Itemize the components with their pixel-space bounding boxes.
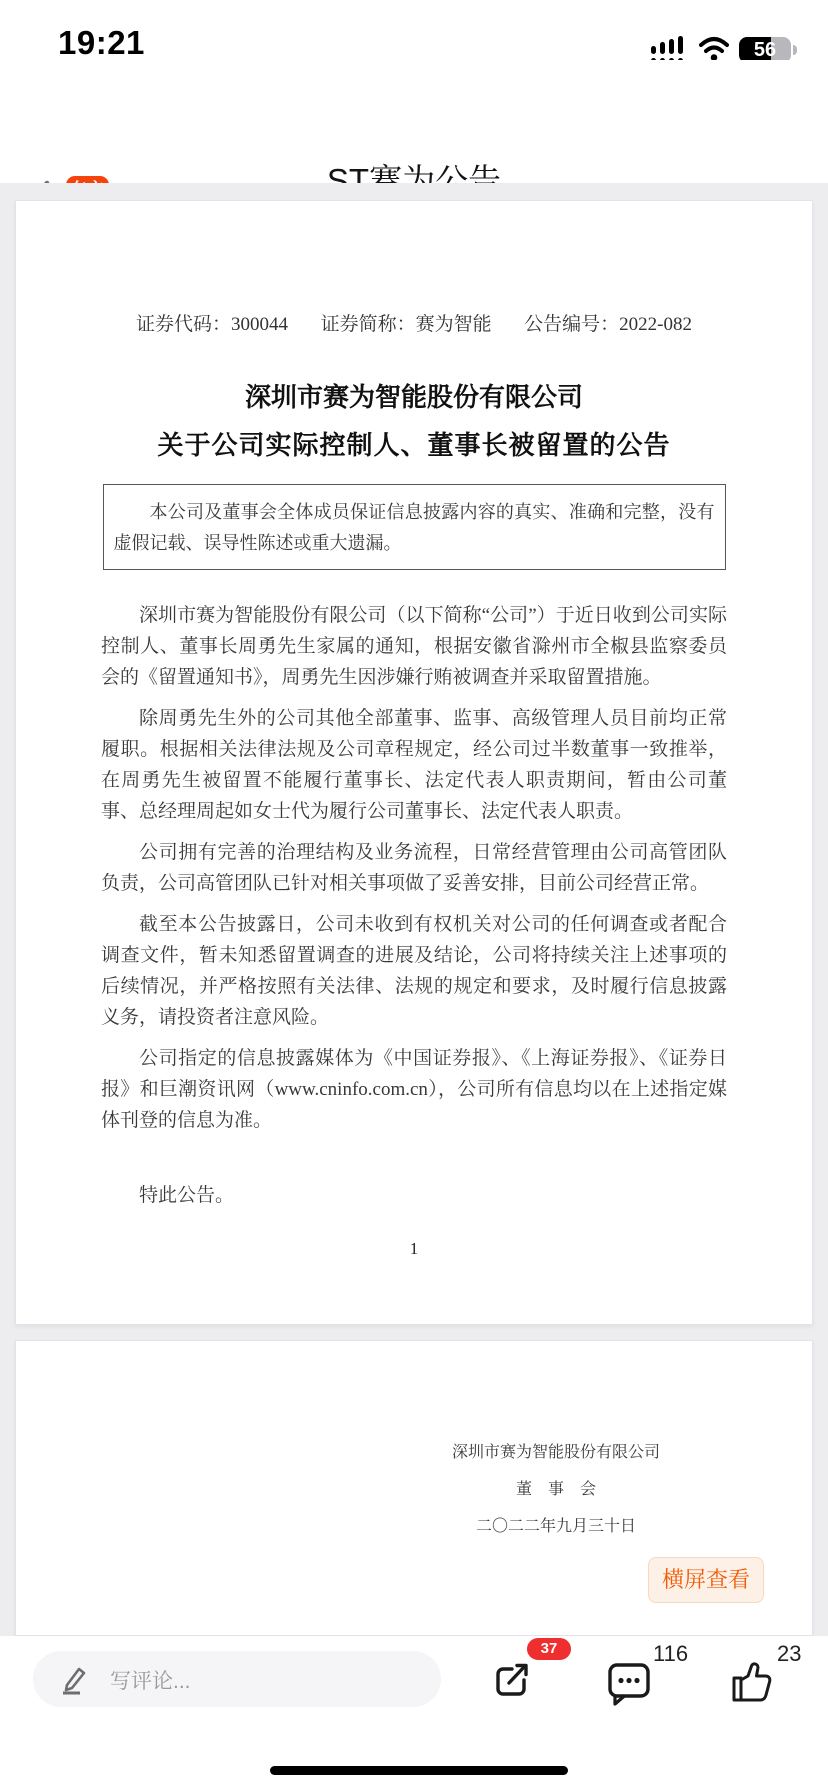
paragraph: 截至本公告披露日，公司未收到有权机关对公司的任何调查或者配合调查文件，暂未知悉留… [101,909,727,1033]
comment-placeholder: 写评论... [110,1665,191,1695]
document-page-2: 深圳市赛为智能股份有限公司 董 事 会 二〇二二年九月三十日 横屏查看 [15,1340,813,1636]
status-time: 19:21 [58,24,145,62]
comment-input[interactable]: 写评论... [33,1651,441,1707]
disclaimer-box: 本公司及董事会全体成员保证信息披露内容的真实、准确和完整，没有虚假记载、误导性陈… [103,484,726,570]
page-number: 1 [101,1239,727,1259]
announcement-title: 关于公司实际控制人、董事长被留置的公告 [101,426,727,466]
like-count: 23 [777,1641,801,1667]
like-button[interactable] [730,1658,772,1709]
landscape-view-button[interactable]: 横屏查看 [648,1557,764,1603]
document-body: 深圳市赛为智能股份有限公司（以下简称“公司”）于近日收到公司实际控制人、董事长周… [101,600,727,1136]
closing-line: 特此公告。 [101,1180,727,1211]
announcement-no: 公告编号：2022-082 [524,309,692,336]
company-title: 深圳市赛为智能股份有限公司 [101,378,727,418]
signature-board: 董 事 会 [436,1478,676,1502]
pencil-edit-icon [58,1662,88,1701]
comment-count: 116 [653,1641,688,1667]
paragraph: 除周勇先生外的公司其他全部董事、监事、高级管理人员目前均正常履职。根据相关法律法… [101,703,727,827]
document-page-1: 证券代码：300044 证券简称：赛为智能 公告编号：2022-082 深圳市赛… [15,200,813,1325]
security-code: 证券代码：300044 [136,309,288,336]
paragraph: 公司指定的信息披露媒体为《中国证券报》、《上海证券报》、《证券日报》和巨潮资讯网… [101,1043,727,1136]
signature-block: 深圳市赛为智能股份有限公司 董 事 会 二〇二二年九月三十日 [436,1441,676,1539]
share-button[interactable] [492,1662,530,1705]
share-count-badge: 37 [527,1638,571,1660]
cellular-signal-icon [651,36,687,63]
bottom-action-bar: 写评论... 37 116 23 [0,1636,828,1792]
comments-button[interactable] [606,1660,652,1711]
security-info-row: 证券代码：300044 证券简称：赛为智能 公告编号：2022-082 [136,309,692,336]
signature-company: 深圳市赛为智能股份有限公司 [436,1441,676,1465]
signature-date: 二〇二二年九月三十日 [436,1515,676,1539]
header: 东方 财富 ST赛为公告 4.51+2.27% [0,60,828,183]
screen: 19:21 56 东方 财富 ST赛为公告 4.51+2.27% [0,0,828,1792]
home-indicator[interactable] [270,1766,568,1775]
paragraph: 公司拥有完善的治理结构及业务流程，日常经营管理由公司高管团队负责，公司高管团队已… [101,837,727,899]
paragraph: 深圳市赛为智能股份有限公司（以下简称“公司”）于近日收到公司实际控制人、董事长周… [101,600,727,693]
battery-nub [793,45,797,55]
security-name: 证券简称：赛为智能 [321,309,492,336]
